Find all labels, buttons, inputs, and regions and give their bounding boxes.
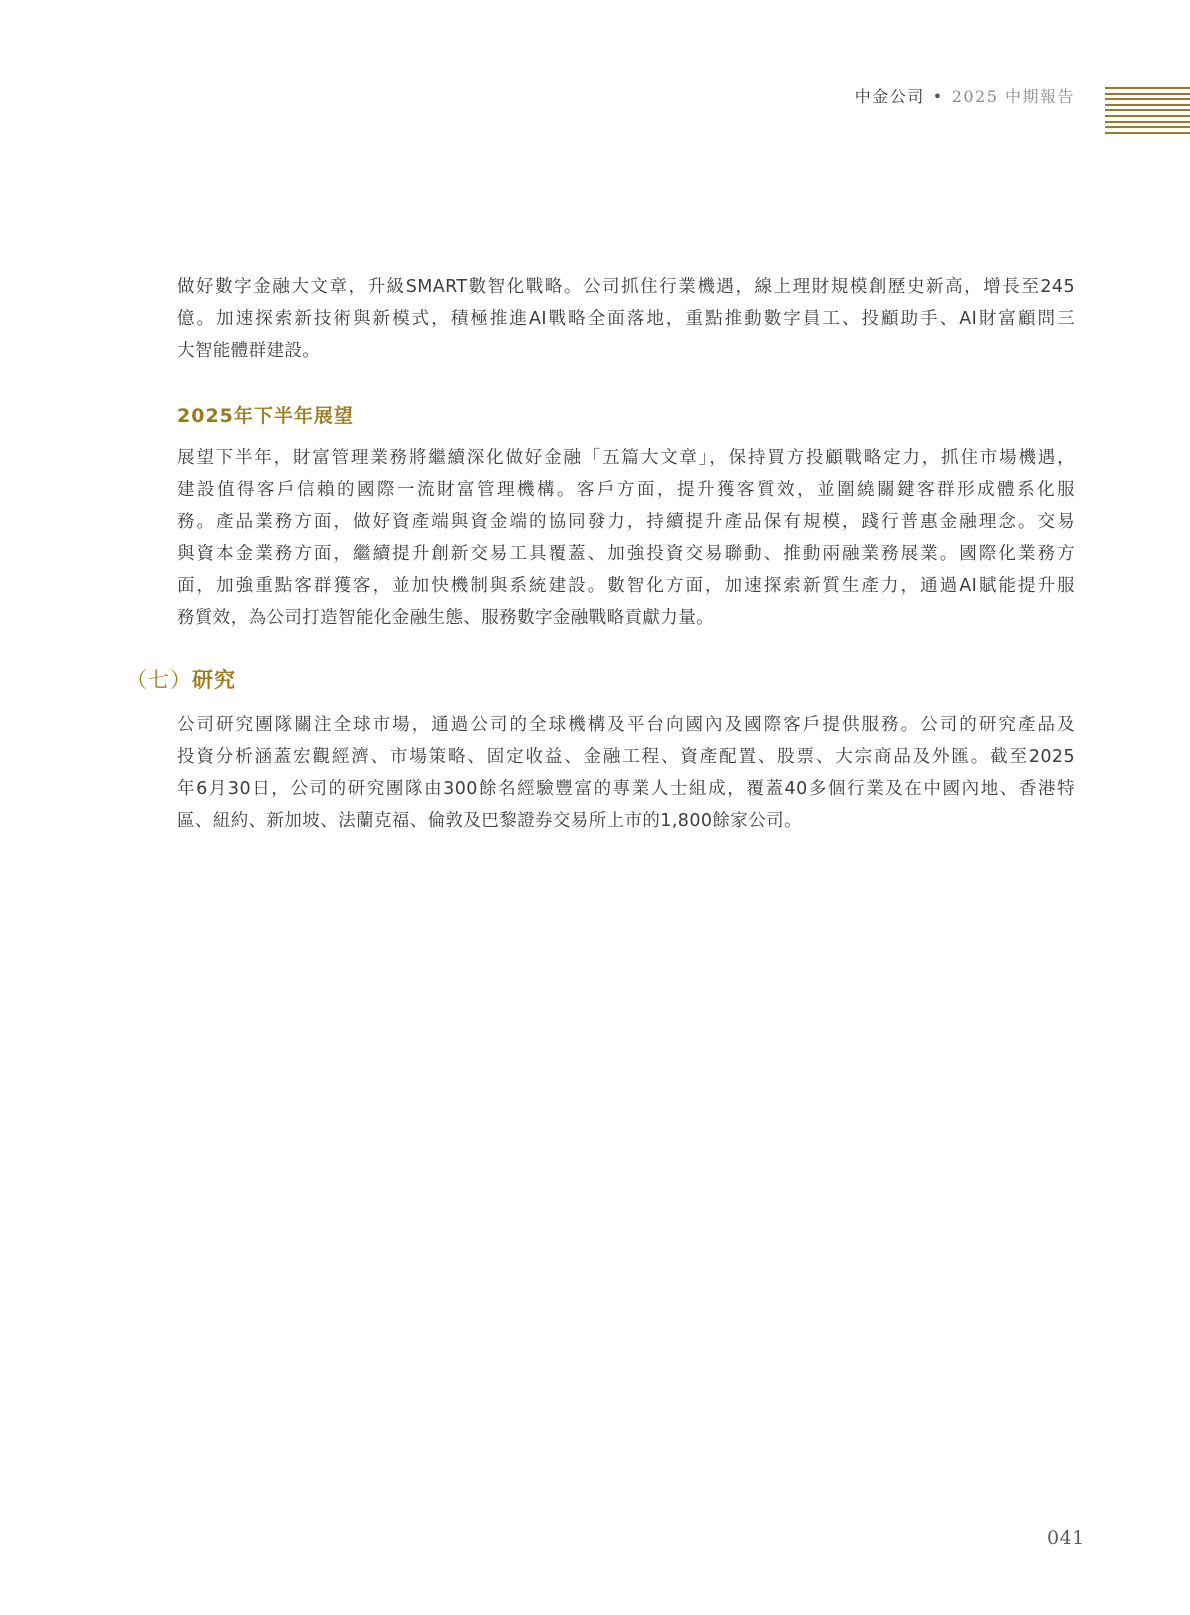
- text-line: 面，加強重點客群獲客，並加快機制與系統建設。數智化方面，加速探索新質生產力，通過…: [177, 570, 1075, 602]
- gold-line: [1105, 121, 1190, 123]
- text-line: 務。產品業務方面，做好資產端與資金端的協同發力，持續提升產品保有規模，踐行普惠金…: [177, 506, 1075, 538]
- subheading-outlook: 2025年下半年展望: [177, 401, 354, 428]
- text-line: 億。加速探索新技術與新模式，積極推進AI戰略全面落地，重點推動數字員工、投顧助手…: [177, 303, 1075, 335]
- decorative-gold-lines: [1105, 87, 1190, 135]
- page-number: 041: [1047, 1527, 1085, 1549]
- gold-line: [1105, 126, 1190, 128]
- text-line: 建設值得客戶信賴的國際一流財富管理機構。客戶方面，提升獲客質效，並圍繞關鍵客群形…: [177, 474, 1075, 506]
- gold-line: [1105, 93, 1190, 95]
- report-title: 2025 中期報告: [952, 87, 1075, 106]
- text-line: 與資本金業務方面，繼續提升創新交易工具覆蓋、加強投資交易聯動、推動兩融業務展業。…: [177, 538, 1075, 570]
- text-line: 做好數字金融大文章，升級SMART數智化戰略。公司抓住行業機遇，線上理財規模創歷…: [177, 271, 1075, 303]
- text-line: 展望下半年，財富管理業務將繼續深化做好金融「五篇大文章」，保持買方投顧戰略定力，…: [177, 442, 1075, 474]
- gold-line: [1105, 98, 1190, 100]
- gold-line: [1105, 132, 1190, 134]
- text-line: 年6月30日，公司的研究團隊由300餘名經驗豐富的專業人士組成，覆蓋40多個行業…: [177, 773, 1075, 805]
- paragraph-research: 公司研究團隊關注全球市場，通過公司的全球機構及平台向國內及國際客戶提供服務。公司…: [177, 709, 1075, 837]
- text-line: 區、紐約、新加坡、法蘭克福、倫敦及巴黎證券交易所上市的1,800餘家公司。: [177, 805, 1075, 837]
- gold-line: [1105, 115, 1190, 117]
- section-title: 研究: [192, 668, 236, 692]
- header-separator: •: [933, 87, 944, 106]
- gold-line: [1105, 109, 1190, 111]
- text-line: 公司研究團隊關注全球市場，通過公司的全球機構及平台向國內及國際客戶提供服務。公司…: [177, 709, 1075, 741]
- section-heading-research: （七）研究: [126, 664, 236, 694]
- gold-line: [1105, 87, 1190, 89]
- company-name: 中金公司: [855, 87, 925, 106]
- paragraph-outlook: 展望下半年，財富管理業務將繼續深化做好金融「五篇大文章」，保持買方投顧戰略定力，…: [177, 442, 1075, 634]
- section-number: （七）: [126, 668, 192, 692]
- text-line: 大智能體群建設。: [177, 335, 1075, 367]
- paragraph-digital-finance: 做好數字金融大文章，升級SMART數智化戰略。公司抓住行業機遇，線上理財規模創歷…: [177, 271, 1075, 367]
- gold-line: [1105, 104, 1190, 106]
- text-line: 務質效，為公司打造智能化金融生態、服務數字金融戰略貢獻力量。: [177, 602, 1075, 634]
- text-line: 投資分析涵蓋宏觀經濟、市場策略、固定收益、金融工程、資產配置、股票、大宗商品及外…: [177, 741, 1075, 773]
- running-header: 中金公司•2025 中期報告: [855, 84, 1075, 110]
